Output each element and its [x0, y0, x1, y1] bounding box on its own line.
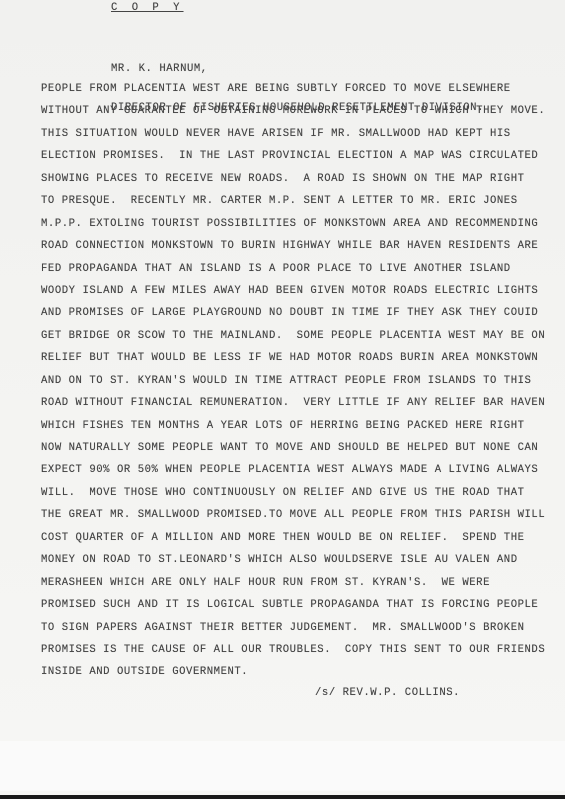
body-line: EXPECT 90% OR 50% WHEN PEOPLE PLACENTIA … [41, 459, 545, 481]
body-line: MONEY ON ROAD TO ST.LEONARD'S WHICH ALSO… [41, 549, 545, 571]
body-line: ROAD CONNECTION MONKSTOWN TO BURIN HIGHW… [41, 235, 545, 257]
body-line: NOW NATURALLY SOME PEOPLE WANT TO MOVE A… [41, 437, 545, 459]
body-line: THE GREAT MR. SMALLWOOD PROMISED.TO MOVE… [41, 504, 545, 526]
body-line: PROMISES IS THE CAUSE OF ALL OUR TROUBLE… [41, 639, 545, 661]
body-line: WILL. MOVE THOSE WHO CONTINUOUSLY ON REL… [41, 482, 545, 504]
body-line: ELECTION PROMISES. IN THE LAST PROVINCIA… [41, 145, 545, 167]
body-line: GET BRIDGE OR SCOW TO THE MAINLAND. SOME… [41, 325, 545, 347]
body-line: FED PROPAGANDA THAT AN ISLAND IS A POOR … [41, 258, 545, 280]
body-line: RELIEF BUT THAT WOULD BE LESS IF WE HAD … [41, 347, 545, 369]
body-line: TO SIGN PAPERS AGAINST THEIR BETTER JUDG… [41, 617, 545, 639]
letter-body: PEOPLE FROM PLACENTIA WEST ARE BEING SUB… [41, 78, 545, 684]
body-line: WHICH FISHES TEN MONTHS A YEAR LOTS OF H… [41, 415, 545, 437]
page-bottom-margin [0, 741, 565, 791]
signature: /s/ REV.W.P. COLLINS. [315, 687, 460, 699]
addressee-name: MR. K. HARNUM, [111, 63, 484, 76]
body-line: PEOPLE FROM PLACENTIA WEST ARE BEING SUB… [41, 78, 545, 100]
body-line: M.P.P. EXTOLING TOURIST POSSIBILITIES OF… [41, 213, 545, 235]
body-line: SHOWING PLACES TO RECEIVE NEW ROADS. A R… [41, 168, 545, 190]
body-line: INSIDE AND OUTSIDE GOVERNMENT. [41, 661, 545, 683]
body-line: COST QUARTER OF A MILLION AND MORE THEN … [41, 527, 545, 549]
body-line: TO PRESQUE. RECENTLY MR. CARTER M.P. SEN… [41, 190, 545, 212]
body-line: PROMISED SUCH AND IT IS LOGICAL SUBTLE P… [41, 594, 545, 616]
copy-mark: C O P Y [111, 2, 184, 14]
body-line: WITHOUT ANY GUARANTEE OF OBTAINING MOREW… [41, 100, 545, 122]
body-line: WOODY ISLAND A FEW MILES AWAY HAD BEEN G… [41, 280, 545, 302]
body-line: AND PROMISES OF LARGE PLAYGROUND NO DOUB… [41, 302, 545, 324]
body-line: THIS SITUATION WOULD NEVER HAVE ARISEN I… [41, 123, 545, 145]
body-line: AND ON TO ST. KYRAN'S WOULD IN TIME ATTR… [41, 370, 545, 392]
body-line: MERASHEEN WHICH ARE ONLY HALF HOUR RUN F… [41, 572, 545, 594]
body-line: ROAD WITHOUT FINANCIAL REMUNERATION. VER… [41, 392, 545, 414]
scanned-page: C O P Y MR. K. HARNUM, DIRECTOR OF FISHE… [0, 0, 565, 795]
scan-edge [0, 795, 565, 799]
